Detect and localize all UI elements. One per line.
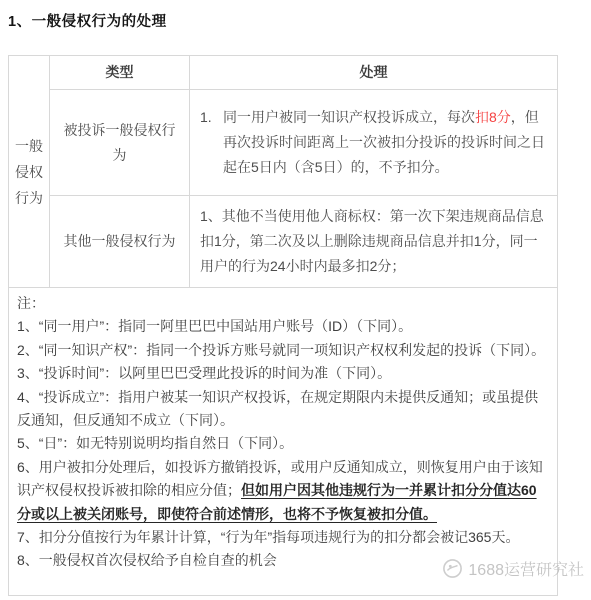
note-item-4: 4、“投诉成立”：指用户被某一知识产权投诉，在规定期限内未提供反通知；或虽提供反… xyxy=(17,386,549,433)
note-item-7: 7、扣分分值按行为年累计计算，“行为年”指每项违规行为的扣分都会被记365天。 xyxy=(17,526,549,549)
deduction-highlight: 扣8分 xyxy=(475,109,511,125)
infringement-table: 一般侵权行为 类型 处理 被投诉一般侵权行为 1. 同一用户被同一知识产权投诉成… xyxy=(8,55,558,596)
type-cell-complained: 被投诉一般侵权行为 xyxy=(50,90,190,196)
document-page: 1、一般侵权行为的处理 一般侵权行为 类型 处理 被投诉一般侵权行为 1. 同一… xyxy=(0,0,591,600)
column-header-type: 类型 xyxy=(50,56,190,90)
watermark-logo-icon xyxy=(442,558,463,579)
type-cell-other: 其他一般侵权行为 xyxy=(50,196,190,288)
note-item-3: 3、“投诉时间”：以阿里巴巴受理此投诉的时间为准（下同）。 xyxy=(17,362,549,385)
note-item-6: 6、用户被扣分处理后，如投诉方撤销投诉，或用户反通知成立，则恢复用户由于该知识产… xyxy=(17,456,549,526)
list-marker: 1. xyxy=(200,105,223,180)
notes-section: 注： 1、“同一用户”：指同一阿里巴巴中国站用户账号（ID）（下同）。 2、“同… xyxy=(9,288,558,596)
table-header-row: 一般侵权行为 类型 处理 xyxy=(9,56,558,90)
page-title: 1、一般侵权行为的处理 xyxy=(8,8,583,31)
notes-label: 注： xyxy=(17,292,549,315)
watermark: 1688运营研究社 xyxy=(442,557,584,580)
note-item-5: 5、“日”：如无特别说明均指自然日（下同）。 xyxy=(17,432,549,455)
handling-cell-other: 1、其他不当使用他人商标权：第一次下架违规商品信息扣1分，第二次及以上删除违规商… xyxy=(190,196,558,288)
handling-list-item: 1. 同一用户被同一知识产权投诉成立，每次扣8分，但再次投诉时间距离上一次被扣分… xyxy=(200,105,547,180)
handling-cell-complained: 1. 同一用户被同一知识产权投诉成立，每次扣8分，但再次投诉时间距离上一次被扣分… xyxy=(190,90,558,196)
note-item-1: 1、“同一用户”：指同一阿里巴巴中国站用户账号（ID）（下同）。 xyxy=(17,315,549,338)
handling-text-before: 同一用户被同一知识产权投诉成立，每次 xyxy=(223,109,475,125)
watermark-text: 1688运营研究社 xyxy=(468,557,584,580)
handling-text: 同一用户被同一知识产权投诉成立，每次扣8分，但再次投诉时间距离上一次被扣分投诉的… xyxy=(223,105,547,180)
column-header-handling: 处理 xyxy=(190,56,558,90)
category-cell: 一般侵权行为 xyxy=(9,56,50,288)
notes-row: 注： 1、“同一用户”：指同一阿里巴巴中国站用户账号（ID）（下同）。 2、“同… xyxy=(9,288,558,596)
table-row: 被投诉一般侵权行为 1. 同一用户被同一知识产权投诉成立，每次扣8分，但再次投诉… xyxy=(9,90,558,196)
note-item-2: 2、“同一知识产权”：指同一个投诉方账号就同一项知识产权权利发起的投诉（下同）。 xyxy=(17,339,549,362)
table-row: 其他一般侵权行为 1、其他不当使用他人商标权：第一次下架违规商品信息扣1分，第二… xyxy=(9,196,558,288)
